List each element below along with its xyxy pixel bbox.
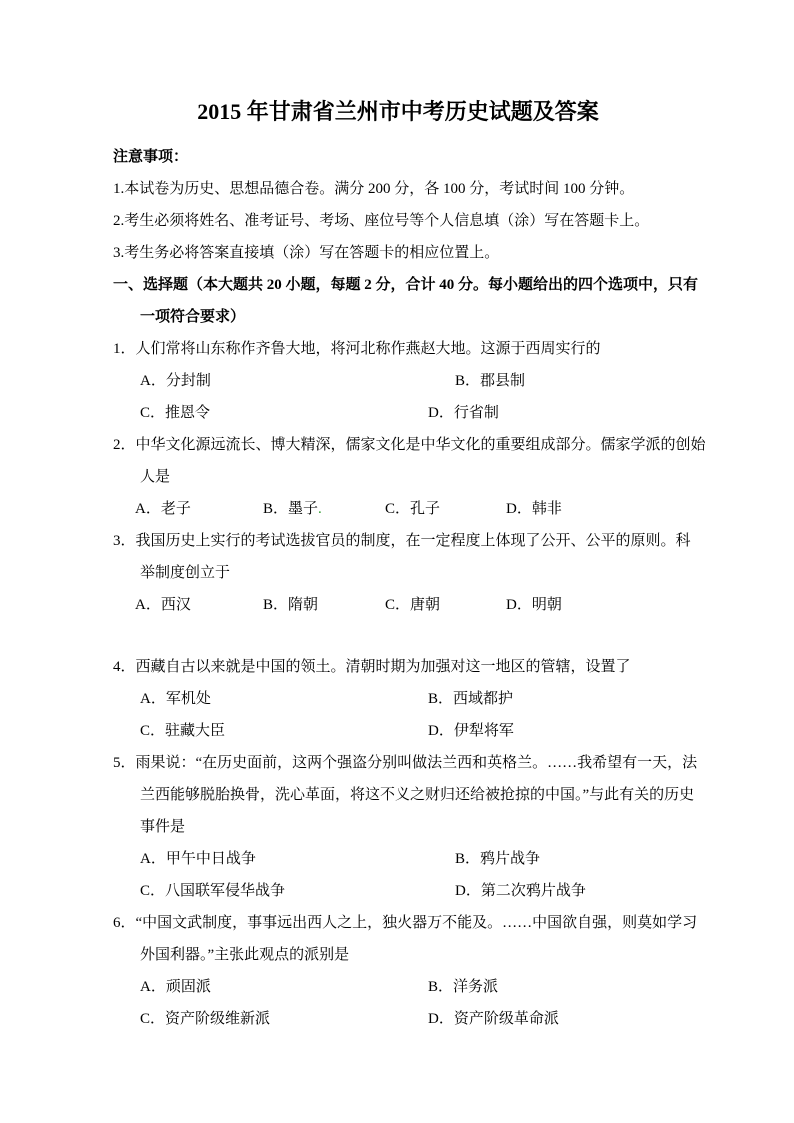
question-6-option-b: B．洋务派	[428, 971, 498, 1003]
question-1-option-b: B．郡县制	[455, 365, 525, 397]
question-3-options-row: A．西汉 B．隋朝 C．唐朝 D．明朝	[113, 589, 683, 621]
question-3-option-b: B．隋朝	[263, 589, 318, 621]
question-3: 3．我国历史上实行的考试选拔官员的制度，在一定程度上体现了公开、公平的原则。科 …	[113, 525, 683, 621]
question-6-option-c: C．资产阶级维新派	[140, 1011, 270, 1027]
question-5-options-row-2: C．八国联军侵华战争 D．第二次鸦片战争	[113, 875, 683, 907]
question-5-text: 雨果说：“在历史面前，这两个强盗分别叫做法兰西和英格兰。……我希望有一天，法	[136, 755, 698, 771]
question-2-text: 中华文化源远流长、博大精深，儒家文化是中华文化的重要组成部分。儒家学派的创始	[136, 437, 706, 453]
question-4-options-row-1: A．军机处 B．西域都护	[113, 683, 683, 715]
question-4-stem-line-1: 4．西藏自古以来就是中国的领土。清朝时期为加强对这一地区的管辖，设置了	[113, 651, 683, 683]
question-3-stem-line-2: 举制度创立于	[113, 557, 683, 589]
page-content: 注意事项： 1.本试卷为历史、思想品德合卷。满分 200 分，各 100 分，考…	[113, 141, 683, 1035]
question-3-option-d: D．明朝	[506, 589, 562, 621]
stray-green-dot: .	[318, 493, 322, 525]
question-5-option-a: A．甲午中日战争	[140, 851, 256, 867]
page-title: 2015 年甘肃省兰州市中考历史试题及答案	[113, 97, 683, 127]
question-1-stem-line-1: 1．人们常将山东称作齐鲁大地，将河北称作燕赵大地。这源于西周实行的	[113, 333, 683, 365]
notice-item-3: 3.考生务必将答案直接填（涂）写在答题卡的相应位置上。	[113, 237, 683, 269]
question-5-number: 5．	[113, 755, 136, 771]
question-5-option-c: C．八国联军侵华战争	[140, 883, 285, 899]
question-3-option-c: C．唐朝	[385, 589, 440, 621]
question-4-number: 4．	[113, 659, 136, 675]
question-4-option-d: D．伊犁将军	[428, 715, 514, 747]
question-1-option-d: D．行省制	[428, 397, 499, 429]
question-6-options-row-1: A．顽固派 B．洋务派	[113, 971, 683, 1003]
question-2-stem-line-1: 2．中华文化源远流长、博大精深，儒家文化是中华文化的重要组成部分。儒家学派的创始	[113, 429, 683, 461]
question-4-option-c: C．驻藏大臣	[140, 723, 225, 739]
question-5-stem-line-2: 兰西能够脱胎换骨，洗心革面，将这不义之财归还给被抢掠的中国。”与此有关的历史	[113, 779, 683, 811]
question-6-text: “中国文武制度，事事远出西人之上，独火器万不能及。……中国欲自强，则莫如学习	[136, 915, 698, 931]
question-4-options-row-2: C．驻藏大臣 D．伊犁将军	[113, 715, 683, 747]
question-1-text: 人们常将山东称作齐鲁大地，将河北称作燕赵大地。这源于西周实行的	[136, 341, 601, 357]
notice-heading: 注意事项：	[113, 141, 683, 173]
question-3-option-a: A．西汉	[135, 589, 191, 621]
question-5: 5．雨果说：“在历史面前，这两个强盗分别叫做法兰西和英格兰。……我希望有一天，法…	[113, 747, 683, 907]
question-1-options-row-2: C．推恩令 D．行省制	[113, 397, 683, 429]
question-2-options-row: A．老子 B．墨子 . C．孔子 D．韩非	[113, 493, 683, 525]
notice-item-2: 2.考生必须将姓名、准考证号、考场、座位号等个人信息填（涂）写在答题卡上。	[113, 205, 683, 237]
blank-line	[113, 621, 683, 651]
question-1-option-a: A．分封制	[140, 373, 211, 389]
question-1-options-row-1: A．分封制 B．郡县制	[113, 365, 683, 397]
question-2-option-c: C．孔子	[385, 493, 440, 525]
question-6-option-a: A．顽固派	[140, 979, 211, 995]
exam-page: 2015 年甘肃省兰州市中考历史试题及答案 注意事项： 1.本试卷为历史、思想品…	[0, 0, 794, 1123]
question-5-option-b: B．鸦片战争	[455, 843, 540, 875]
question-1-number: 1．	[113, 341, 136, 357]
question-6-option-d: D．资产阶级革命派	[428, 1003, 559, 1035]
question-2-number: 2．	[113, 437, 136, 453]
question-4-option-a: A．军机处	[140, 691, 211, 707]
section-heading-line-2: 一项符合要求）	[113, 301, 683, 333]
question-1-option-c: C．推恩令	[140, 405, 210, 421]
question-3-number: 3．	[113, 533, 136, 549]
question-6-options-row-2: C．资产阶级维新派 D．资产阶级革命派	[113, 1003, 683, 1035]
question-6: 6．“中国文武制度，事事远出西人之上，独火器万不能及。……中国欲自强，则莫如学习…	[113, 907, 683, 1035]
question-6-number: 6．	[113, 915, 136, 931]
question-4-option-b: B．西域都护	[428, 683, 513, 715]
question-2-stem-line-2: 人是	[113, 461, 683, 493]
question-5-option-d: D．第二次鸦片战争	[455, 875, 586, 907]
question-4: 4．西藏自古以来就是中国的领土。清朝时期为加强对这一地区的管辖，设置了 A．军机…	[113, 651, 683, 747]
question-3-stem-line-1: 3．我国历史上实行的考试选拔官员的制度，在一定程度上体现了公开、公平的原则。科	[113, 525, 683, 557]
question-2-option-d: D．韩非	[506, 493, 562, 525]
question-2: 2．中华文化源远流长、博大精深，儒家文化是中华文化的重要组成部分。儒家学派的创始…	[113, 429, 683, 525]
question-1: 1．人们常将山东称作齐鲁大地，将河北称作燕赵大地。这源于西周实行的 A．分封制 …	[113, 333, 683, 429]
section-heading-line-1: 一、选择题（本大题共 20 小题，每题 2 分，合计 40 分。每小题给出的四个…	[113, 269, 683, 301]
question-6-stem-line-1: 6．“中国文武制度，事事远出西人之上，独火器万不能及。……中国欲自强，则莫如学习	[113, 907, 683, 939]
question-2-option-b: B．墨子	[263, 493, 318, 525]
question-5-options-row-1: A．甲午中日战争 B．鸦片战争	[113, 843, 683, 875]
notice-item-1: 1.本试卷为历史、思想品德合卷。满分 200 分，各 100 分，考试时间 10…	[113, 173, 683, 205]
question-5-stem-line-1: 5．雨果说：“在历史面前，这两个强盗分别叫做法兰西和英格兰。……我希望有一天，法	[113, 747, 683, 779]
question-6-stem-line-2: 外国利器。”主张此观点的派别是	[113, 939, 683, 971]
question-2-option-a: A．老子	[135, 493, 191, 525]
question-5-stem-line-3: 事件是	[113, 811, 683, 843]
question-4-text: 西藏自古以来就是中国的领土。清朝时期为加强对这一地区的管辖，设置了	[136, 659, 631, 675]
question-3-text: 我国历史上实行的考试选拔官员的制度，在一定程度上体现了公开、公平的原则。科	[136, 533, 691, 549]
